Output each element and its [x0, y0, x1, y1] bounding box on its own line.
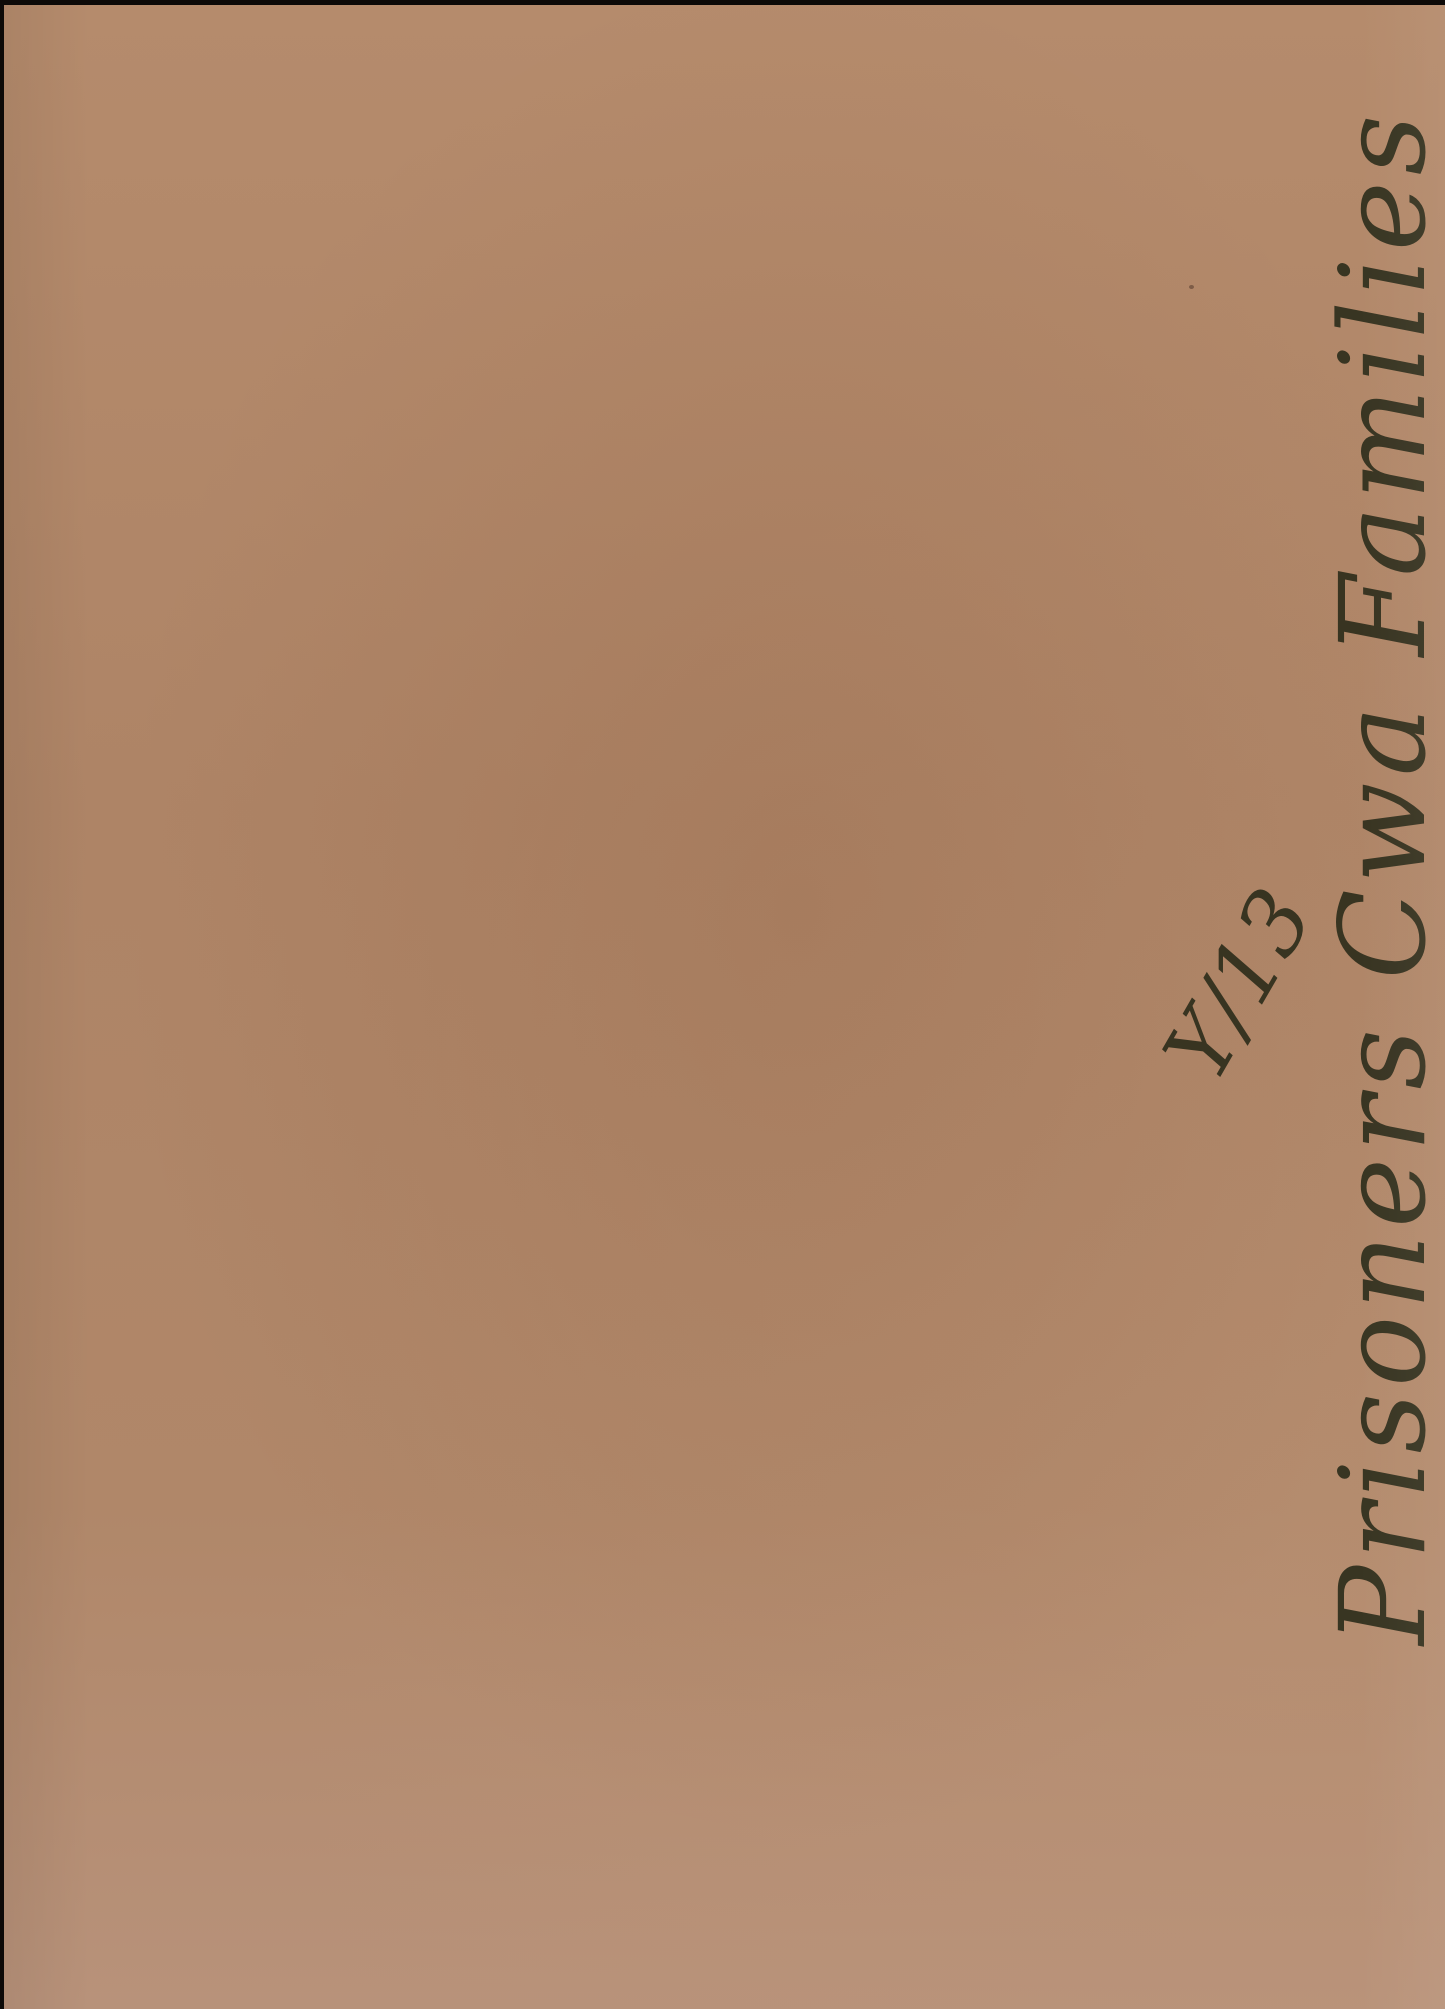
paper-speck [1189, 285, 1194, 289]
handwritten-reference: Y/13 [1144, 872, 1333, 1096]
document-page: Prisoners Cwa Families Y/13 [4, 5, 1445, 2009]
handwritten-title: Prisoners Cwa Families [1314, 109, 1445, 1645]
